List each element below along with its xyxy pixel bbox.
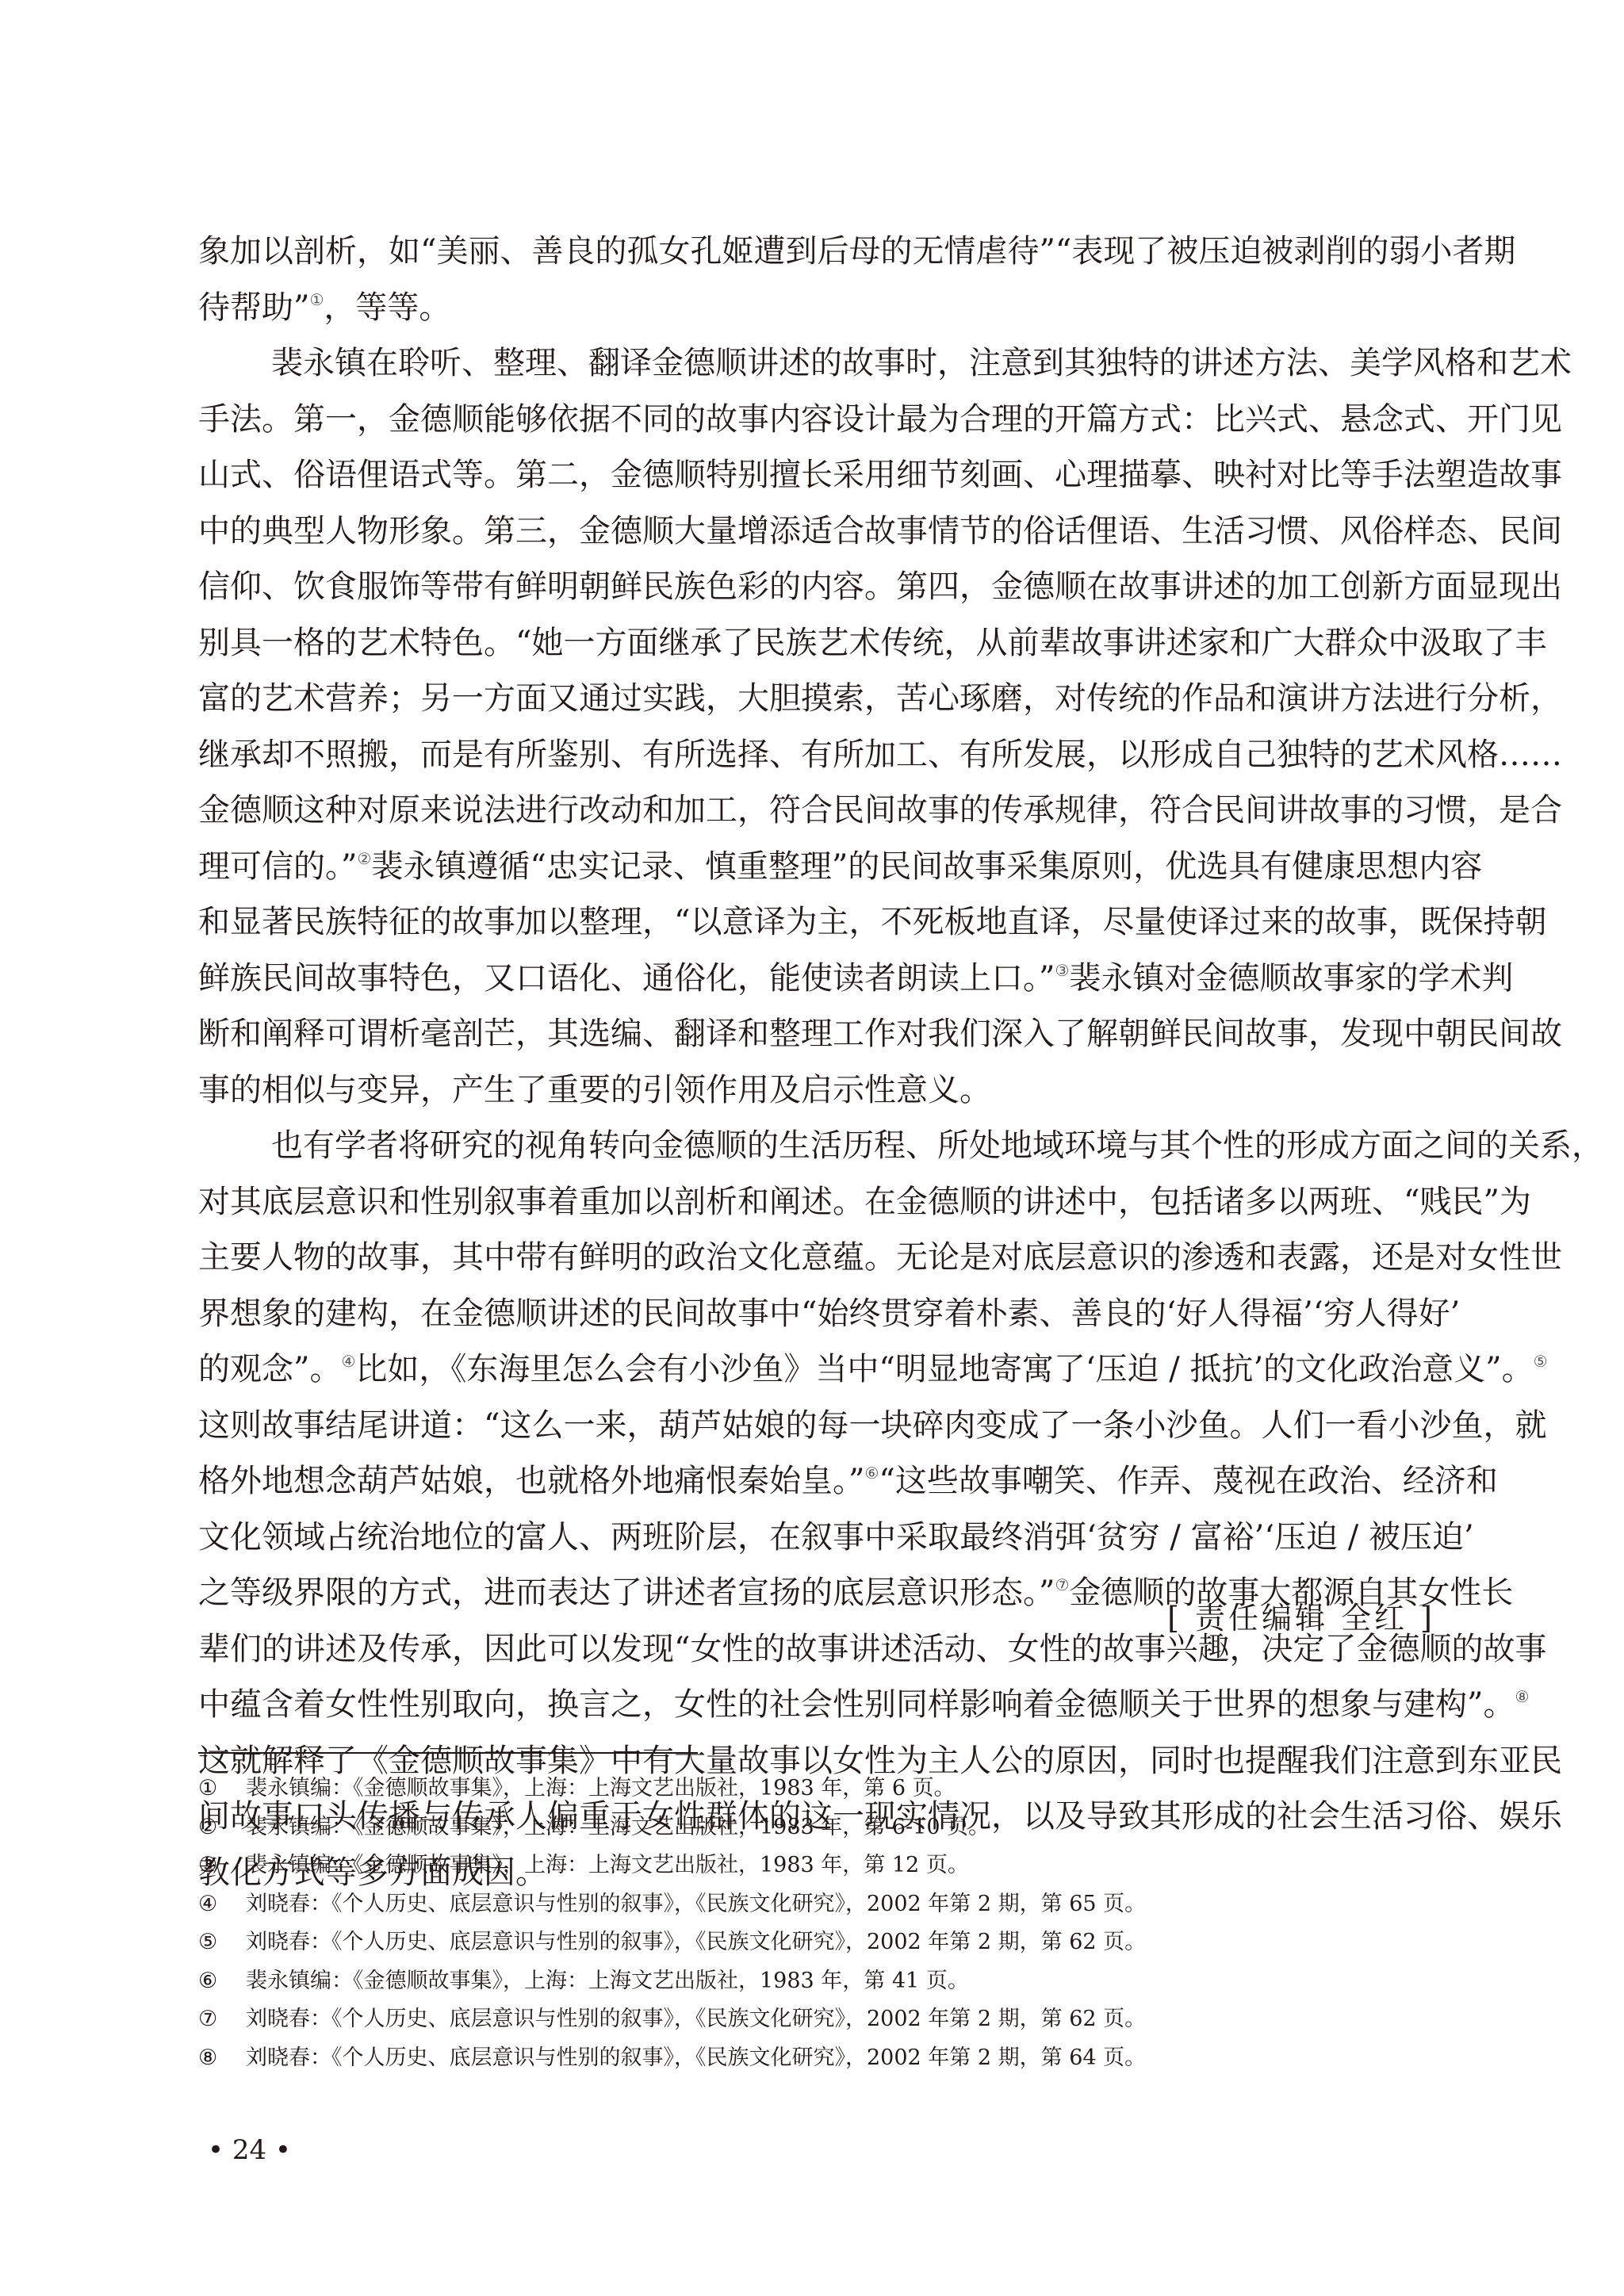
footnote-text: 裴永镇编：《金德顺故事集》，上海：上海文艺出版社，1983 年，第 12 页。 [246, 1853, 969, 1877]
text-line-content: 继承却不照搬，而是有所鉴别、有所选择、有所加工、有所发展，以形成自己独特的艺术风… [198, 737, 1562, 773]
text-line-content: 别具一格的艺术特色。“她一方面继承了民族艺术传统，从前辈故事讲述家和广大群众中汲… [198, 625, 1546, 661]
text-line: 断和阐释可谓析毫剖芒，其选编、翻译和整理工作对我们深入了解朝鲜民间故事，发现中朝… [198, 1006, 1435, 1062]
text-line: 象加以剖析，如“美丽、善良的孤女孔姬遭到后母的无情虐待”“表现了被压迫被剥削的弱… [198, 224, 1435, 280]
text-line: 待帮助”①，等等。 [198, 280, 1435, 336]
text-line: 山式、俗语俚语式等。第二，金德顺特别擅长采用细节刻画、心理描摹、映衬对比等手法塑… [198, 447, 1435, 503]
responsible-editor-note: [ 责任编辑 全红 ] [1167, 1594, 1435, 1637]
footnote-number: ① [198, 1770, 246, 1808]
text-line: 鲜族民间故事特色，又口语化、通俗化，能使读者朗读上口。”③裴永镇对金德顺故事家的… [198, 951, 1435, 1007]
text-line: 手法。第一，金德顺能够依据不同的故事内容设计最为合理的开篇方式：比兴式、悬念式、… [198, 392, 1435, 448]
footnote-number: ⑥ [198, 1962, 246, 2001]
footnote-marker[interactable]: ④ [341, 1352, 355, 1371]
footnote-item: ⑧刘晓春：《个人历史、底层意识与性别的叙事》，《民族文化研究》，2002 年第 … [198, 2039, 1146, 2078]
footnote-text: 刘晓春：《个人历史、底层意识与性别的叙事》，《民族文化研究》，2002 年第 2… [246, 1892, 1146, 1916]
text-line-content: 象加以剖析，如“美丽、善良的孤女孔姬遭到后母的无情虐待”“表现了被压迫被剥削的弱… [198, 233, 1515, 270]
text-line-content: 富的艺术营养；另一方面又通过实践，大胆摸索，苦心琢磨，对传统的作品和演讲方法进行… [198, 680, 1562, 717]
footnote-item: ⑦刘晓春：《个人历史、底层意识与性别的叙事》，《民族文化研究》，2002 年第 … [198, 2000, 1146, 2039]
text-line-content: 事的相似与变异，产生了重要的引领作用及启示性意义。 [198, 1072, 991, 1108]
text-line-content: 中的典型人物形象。第三，金德顺大量增添适合故事情节的俗话俚语、生活习惯、风俗样态… [198, 513, 1562, 549]
text-line-content: 待帮助” [198, 289, 309, 326]
footnote-text: 裴永镇编：《金德顺故事集》，上海：上海文艺出版社，1983 年，第 6-10 页… [246, 1815, 990, 1839]
text-line: 的观念”。④比如，《东海里怎么会有小沙鱼》当中“明显地寄寓了‘压迫 / 抵抗’的… [198, 1341, 1435, 1398]
footnote-marker[interactable]: ⑤ [1534, 1352, 1548, 1371]
page-number: • 24 • [208, 2134, 291, 2166]
text-line: 中的典型人物形象。第三，金德顺大量增添适合故事情节的俗话俚语、生活习惯、风俗样态… [198, 503, 1435, 560]
text-line-content: 的观念”。 [198, 1351, 341, 1387]
footnotes: ①裴永镇编：《金德顺故事集》，上海：上海文艺出版社，1983 年，第 6 页。②… [198, 1770, 1146, 2077]
text-line: 理可信的。”②裴永镇遵循“忠实记录、慎重整理”的民间故事采集原则，优选具有健康思… [198, 839, 1435, 895]
text-line: 裴永镇在聆听、整理、翻译金德顺讲述的故事时，注意到其独特的讲述方法、美学风格和艺… [198, 335, 1435, 392]
text-line-content: 这则故事结尾讲道：“这么一来，葫芦姑娘的每一块碎肉变成了一条小沙鱼。人们一看小沙… [198, 1407, 1546, 1444]
text-line: 也有学者将研究的视角转向金德顺的生活历程、所处地域环境与其个性的形成方面之间的关… [198, 1118, 1435, 1174]
footnote-number: ⑤ [198, 1923, 246, 1962]
text-line: 事的相似与变异，产生了重要的引领作用及启示性意义。 [198, 1062, 1435, 1119]
footnote-marker[interactable]: ② [357, 849, 371, 868]
text-line-continuation: 比如，《东海里怎么会有小沙鱼》当中“明显地寄寓了‘压迫 / 抵抗’的文化政治意义… [355, 1351, 1533, 1387]
text-line: 金德顺这种对原来说法进行改动和加工，符合民间故事的传承规律，符合民间讲故事的习惯… [198, 783, 1435, 839]
footnote-number: ⑦ [198, 2000, 246, 2039]
text-line: 文化领域占统治地位的富人、两班阶层，在叙事中采取最终消弭‘贫穷 / 富裕’‘压迫… [198, 1510, 1435, 1566]
footnote-marker[interactable]: ⑦ [1055, 1575, 1069, 1594]
text-line: 这则故事结尾讲道：“这么一来，葫芦姑娘的每一块碎肉变成了一条小沙鱼。人们一看小沙… [198, 1398, 1435, 1454]
text-line: 别具一格的艺术特色。“她一方面继承了民族艺术传统，从前辈故事讲述家和广大群众中汲… [198, 615, 1435, 672]
text-line: 格外地想念葫芦姑娘，也就格外地痛恨秦始皇。”⑥“这些故事嘲笑、作弄、蔑视在政治、… [198, 1453, 1435, 1510]
text-line-content: 也有学者将研究的视角转向金德顺的生活历程、所处地域环境与其个性的形成方面之间的关… [271, 1127, 1603, 1164]
footnote-separator [198, 1752, 698, 1754]
text-line-content: 中蕴含着女性性别取向，换言之，女性的社会性别同样影响着金德顺关于世界的想象与建构… [198, 1686, 1515, 1723]
text-line: 信仰、饮食服饰等带有鲜明朝鲜民族色彩的内容。第四，金德顺在故事讲述的加工创新方面… [198, 559, 1435, 615]
text-line-content: 之等级界限的方式，进而表达了讲述者宣扬的底层意识形态。” [198, 1575, 1055, 1611]
text-line-content: 断和阐释可谓析毫剖芒，其选编、翻译和整理工作对我们深入了解朝鲜民间故事，发现中朝… [198, 1016, 1562, 1052]
text-line-content: 主要人物的故事，其中带有鲜明的政治文化意蕴。无论是对底层意识的渗透和表露，还是对… [198, 1239, 1562, 1276]
text-line-content: 山式、俗语俚语式等。第二，金德顺特别擅长采用细节刻画、心理描摹、映衬对比等手法塑… [198, 457, 1562, 493]
footnote-number: ③ [198, 1846, 246, 1885]
text-line: 对其底层意识和性别叙事着重加以剖析和阐述。在金德顺的讲述中，包括诸多以两班、“贱… [198, 1174, 1435, 1230]
footnote-marker[interactable]: ⑧ [1515, 1687, 1529, 1706]
footnote-number: ④ [198, 1885, 246, 1924]
footnote-number: ⑧ [198, 2039, 246, 2078]
text-line-content: 和显著民族特征的故事加以整理，“以意译为主，不死板地直译，尽量使译过来的故事，既… [198, 904, 1546, 940]
footnote-item: ⑤刘晓春：《个人历史、底层意识与性别的叙事》，《民族文化研究》，2002 年第 … [198, 1923, 1146, 1962]
text-line: 主要人物的故事，其中带有鲜明的政治文化意蕴。无论是对底层意识的渗透和表露，还是对… [198, 1230, 1435, 1286]
text-line-continuation: 裴永镇对金德顺故事家的学术判 [1069, 960, 1513, 997]
text-line-content: 理可信的。” [198, 848, 357, 885]
footnote-item: ④刘晓春：《个人历史、底层意识与性别的叙事》，《民族文化研究》，2002 年第 … [198, 1885, 1146, 1924]
footnote-text: 裴永镇编：《金德顺故事集》，上海：上海文艺出版社，1983 年，第 41 页。 [246, 1969, 969, 1993]
text-line-content: 鲜族民间故事特色，又口语化、通俗化，能使读者朗读上口。” [198, 960, 1055, 997]
text-line-content: 格外地想念葫芦姑娘，也就格外地痛恨秦始皇。” [198, 1463, 864, 1499]
footnote-text: 裴永镇编：《金德顺故事集》，上海：上海文艺出版社，1983 年，第 6 页。 [246, 1776, 956, 1800]
footnote-text: 刘晓春：《个人历史、底层意识与性别的叙事》，《民族文化研究》，2002 年第 2… [246, 2045, 1146, 2070]
footnote-item: ①裴永镇编：《金德顺故事集》，上海：上海文艺出版社，1983 年，第 6 页。 [198, 1770, 1146, 1808]
text-line-continuation: ，等等。 [324, 289, 450, 326]
text-line-content: 文化领域占统治地位的富人、两班阶层，在叙事中采取最终消弭‘贫穷 / 富裕’‘压迫… [198, 1519, 1474, 1556]
text-line-content: 信仰、饮食服饰等带有鲜明朝鲜民族色彩的内容。第四，金德顺在故事讲述的加工创新方面… [198, 568, 1562, 605]
footnote-item: ②裴永镇编：《金德顺故事集》，上海：上海文艺出版社，1983 年，第 6-10 … [198, 1808, 1146, 1847]
text-line-content: 金德顺这种对原来说法进行改动和加工，符合民间故事的传承规律，符合民间讲故事的习惯… [198, 792, 1562, 828]
footnote-text: 刘晓春：《个人历史、底层意识与性别的叙事》，《民族文化研究》，2002 年第 2… [246, 2007, 1146, 2031]
text-line-continuation: “这些故事嘲笑、作弄、蔑视在政治、经济和 [879, 1463, 1497, 1499]
footnote-item: ⑥裴永镇编：《金德顺故事集》，上海：上海文艺出版社，1983 年，第 41 页。 [198, 1962, 1146, 2001]
text-line-continuation: 裴永镇遵循“忠实记录、慎重整理”的民间故事采集原则，优选具有健康思想内容 [371, 848, 1482, 885]
article-body: 象加以剖析，如“美丽、善良的孤女孔姬遭到后母的无情虐待”“表现了被压迫被剥削的弱… [198, 224, 1435, 1900]
footnote-item: ③裴永镇编：《金德顺故事集》，上海：上海文艺出版社，1983 年，第 12 页。 [198, 1846, 1146, 1885]
text-line-content: 界想象的建构，在金德顺讲述的民间故事中“始终贯穿着朴素、善良的‘好人得福’‘穷人… [198, 1295, 1460, 1332]
footnote-marker[interactable]: ③ [1055, 961, 1069, 980]
text-line-content: 对其底层意识和性别叙事着重加以剖析和阐述。在金德顺的讲述中，包括诸多以两班、“贱… [198, 1184, 1531, 1220]
text-line-content: 裴永镇在聆听、整理、翻译金德顺讲述的故事时，注意到其独特的讲述方法、美学风格和艺… [271, 345, 1572, 381]
text-line: 界想象的建构，在金德顺讲述的民间故事中“始终贯穿着朴素、善良的‘好人得福’‘穷人… [198, 1286, 1435, 1342]
text-line: 和显著民族特征的故事加以整理，“以意译为主，不死板地直译，尽量使译过来的故事，既… [198, 894, 1435, 951]
footnote-marker[interactable]: ⑥ [864, 1464, 879, 1483]
footnote-marker[interactable]: ① [309, 290, 324, 309]
text-line: 中蕴含着女性性别取向，换言之，女性的社会性别同样影响着金德顺关于世界的想象与建构… [198, 1677, 1435, 1733]
footnote-text: 刘晓春：《个人历史、底层意识与性别的叙事》，《民族文化研究》，2002 年第 2… [246, 1930, 1146, 1954]
text-line-content: 手法。第一，金德顺能够依据不同的故事内容设计最为合理的开篇方式：比兴式、悬念式、… [198, 401, 1562, 438]
text-line: 继承却不照搬，而是有所鉴别、有所选择、有所加工、有所发展，以形成自己独特的艺术风… [198, 727, 1435, 783]
text-line: 富的艺术营养；另一方面又通过实践，大胆摸索，苦心琢磨，对传统的作品和演讲方法进行… [198, 671, 1435, 727]
footnote-number: ② [198, 1808, 246, 1847]
